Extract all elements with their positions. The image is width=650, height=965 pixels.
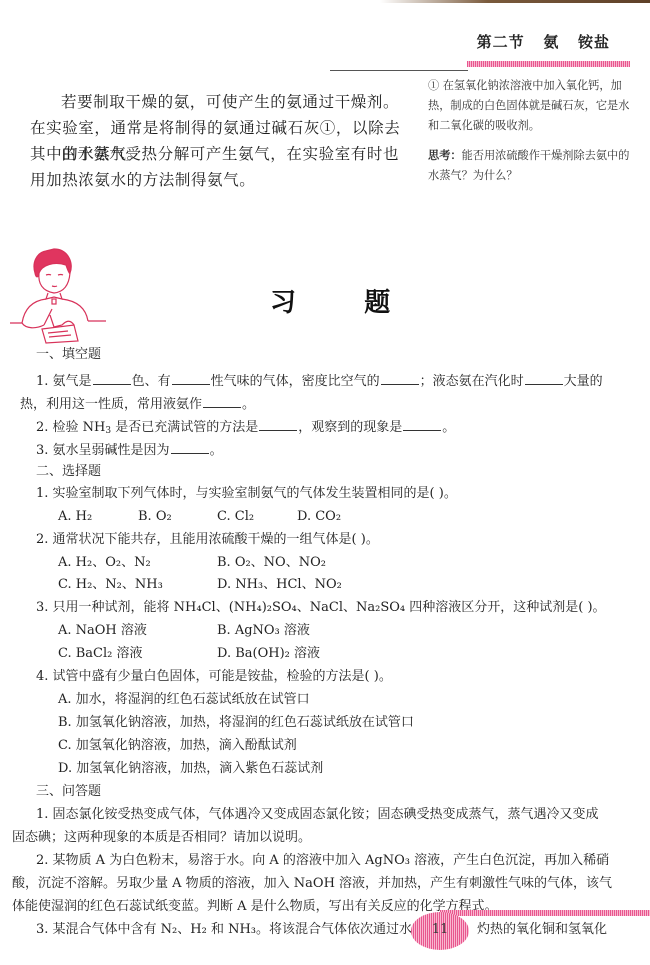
answer-question-2: 2. 某物质 A 为白色粉末，易溶于水。向 A 的溶液中加入 AgNO₃ 溶液，… xyxy=(36,851,609,871)
choice-option: D. Ba(OH)₂ 溶液 xyxy=(217,644,320,664)
answer-blank[interactable] xyxy=(203,393,241,408)
header-divider xyxy=(330,70,468,71)
answer-blank[interactable] xyxy=(93,370,131,385)
footer-decorative-stripe xyxy=(440,910,650,916)
choice-question-1: 1. 实验室制取下列气体时，与实验室制氨气的气体发生装置相同的是( )。 xyxy=(36,484,457,504)
section-heading-fill-blank: 一、填空题 xyxy=(36,345,101,365)
choice-option: A. 加水，将湿润的红色石蕊试纸放在试管口 xyxy=(58,690,310,710)
answer-blank[interactable] xyxy=(525,370,563,385)
choice-option: C. H₂、N₂、NH₃ xyxy=(58,575,163,595)
think-label: 思考： xyxy=(428,149,462,162)
choice-option: A. H₂ xyxy=(58,507,92,527)
answer-blank[interactable] xyxy=(381,370,419,385)
header-decorative-stripe xyxy=(467,61,630,67)
choice-option: D. 加氢氧化钠溶液，加热，滴入紫色石蕊试剂 xyxy=(58,759,323,779)
section-heading-short-answer: 三、问答题 xyxy=(36,782,101,802)
answer-question-3: 3. 某混合气体中含有 N₂、H₂ 和 NH₃。将该混合气体依次通过水、浓硫酸、… xyxy=(36,920,607,940)
choice-option: B. O₂、NO、NO₂ xyxy=(217,553,326,573)
page-top-edge xyxy=(380,0,650,3)
answer-question-2-continued: 酸，沉淀不溶解。另取少量 A 物质的溶液，加入 NaOH 溶液，并加热，产生有刺… xyxy=(12,874,612,894)
choice-option: B. O₂ xyxy=(138,507,172,527)
page-number: 11 xyxy=(411,922,469,937)
choice-question-4: 4. 试管中盛有少量白色固体，可能是铵盐，检验的方法是( )。 xyxy=(36,667,392,687)
fill-question-2: 2. 检验 NH3 是否已充满试管的方法是，观察到的现象是。 xyxy=(36,416,455,438)
choice-option: C. Cl₂ xyxy=(217,507,254,527)
choice-option: D. NH₃、HCl、NO₂ xyxy=(217,575,342,595)
choice-option: B. AgNO₃ 溶液 xyxy=(217,621,310,641)
answer-blank[interactable] xyxy=(403,416,441,431)
choice-option: A. H₂、O₂、N₂ xyxy=(58,553,151,573)
section-header-title: 第二节 氨 铵盐 xyxy=(477,31,610,52)
side-think-box: 思考：能否用浓硫酸作干燥剂除去氨中的水蒸气？为什么？ xyxy=(428,146,638,186)
student-writing-illustration-icon xyxy=(8,245,113,345)
section-heading-multiple-choice: 二、选择题 xyxy=(36,462,101,482)
choice-option: B. 加氢氧化钠溶液，加热，将湿润的红色石蕊试纸放在试管口 xyxy=(58,713,414,733)
answer-blank[interactable] xyxy=(172,370,210,385)
fill-question-1: 1. 氨气是色、有性气味的气体，密度比空气的；液态氨在汽化时大量的 xyxy=(36,370,603,392)
answer-question-1-continued: 固态碘；这两种现象的本质是否相同？请加以说明。 xyxy=(12,828,311,848)
answer-blank[interactable] xyxy=(171,439,209,454)
choice-option: A. NaOH 溶液 xyxy=(58,621,147,641)
choice-option: C. BaCl₂ 溶液 xyxy=(58,644,143,664)
answer-question-1: 1. 固态氯化铵受热变成气体，气体遇冷又变成固态氯化铵；固态碘受热变成蒸气，蒸气… xyxy=(36,805,599,825)
choice-question-3: 3. 只用一种试剂，能将 NH₄Cl、(NH₄)₂SO₄、NaCl、Na₂SO₄… xyxy=(36,598,606,618)
side-footnote: ① 在氢氧化钠浓溶液中加入氧化钙，加热，制成的白色固体就是碱石灰，它是水和二氧化… xyxy=(428,76,638,136)
choice-question-2: 2. 通常状况下能共存，且能用浓硫酸干燥的一组气体是( )。 xyxy=(36,530,379,550)
exercise-title: 习 题 xyxy=(270,282,392,319)
choice-option: C. 加氢氧化钠溶液，加热，滴入酚酞试剂 xyxy=(58,736,297,756)
answer-blank[interactable] xyxy=(259,416,297,431)
fill-question-3: 3. 氨水呈弱碱性是因为。 xyxy=(36,439,223,461)
body-paragraph-2: 由于氨水受热分解可产生氨气，在实验室有时也用加热浓氨水的方法制得氨气。 xyxy=(30,141,415,193)
fill-question-1-continued: 热，利用这一性质，常用液氨作。 xyxy=(20,393,255,415)
choice-option: D. CO₂ xyxy=(297,507,341,527)
